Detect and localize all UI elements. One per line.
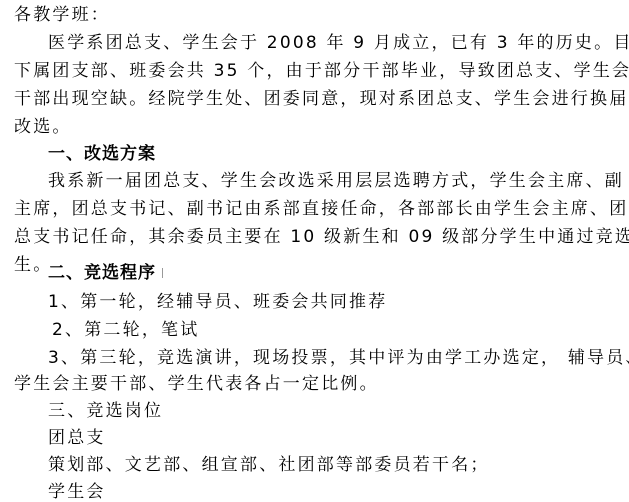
intro-line-2: 下属团支部、班委会共 35 个，由于部分干部毕业，导致团总支、学生会 [14, 60, 629, 82]
salutation: 各教学班： [14, 4, 110, 26]
procedure-step-1: 1、第一轮，经辅导员、班委会共同推荐 [48, 291, 387, 313]
intro-line-4: 改选。 [14, 116, 72, 138]
procedure-step-2: 2、第二轮，笔试 [52, 319, 199, 341]
plan-line-2: 主席，团总支书记、副书记由系部直接任命，各部部长由学生会主席、团 [14, 198, 628, 220]
document-page: 各教学班： 医学系团总支、学生会于 2008 年 9 月成立，已有 3 年的历史… [0, 0, 629, 502]
procedure-step-3-cont: 学生会主要干部、学生代表各占一定比例。 [14, 373, 379, 395]
intro-line-1: 医学系团总支、学生会于 2008 年 9 月成立，已有 3 年的历史。目前 [48, 32, 629, 54]
procedure-heading-text: 二、竞选程序 [48, 263, 156, 283]
section-heading-procedure: 二、竞选程序 [48, 262, 163, 284]
plan-line-4: 生。 [14, 254, 52, 276]
position-item-1: 团总支 [48, 427, 106, 449]
text-cursor-mark [162, 268, 163, 278]
position-item-3: 学生会 [48, 481, 106, 502]
procedure-step-3: 3、第三轮，竞选演讲，现场投票，其中评为由学工办选定， 辅导员、 [48, 347, 629, 369]
intro-line-3: 干部出现空缺。经院学生处、团委同意，现对系团总支、学生会进行换届 [14, 88, 628, 110]
position-item-2: 策划部、文艺部、组宣部、社团部等部委员若干名； [48, 454, 490, 476]
section-heading-positions: 三、竞选岗位 [48, 400, 163, 422]
section-heading-plan: 一、改选方案 [48, 143, 156, 165]
plan-line-3: 总支书记任命，其余委员主要在 10 级新生和 09 级部分学生中通过竞选产 [14, 226, 629, 248]
plan-line-1: 我系新一届团总支、学生会改选采用层层选聘方式，学生会主席、副 [48, 170, 624, 192]
